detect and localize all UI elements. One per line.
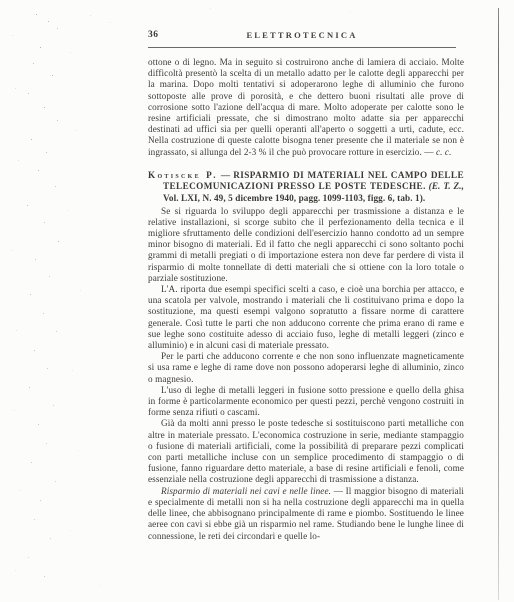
scanned-journal-page: 36 ELETTROTECNICA ottone o di legno. Ma … — [0, 0, 514, 602]
article-reference-journal: (E. T. Z., — [429, 181, 464, 191]
text-column: 36 ELETTROTECNICA ottone o di legno. Ma … — [148, 30, 464, 542]
subsection-separator: — — [334, 486, 343, 496]
reviewer-initials: c. c. — [436, 147, 452, 157]
article-reference-detail: Vol. LXI, N. 49, 5 dicembre 1940, pagg. … — [163, 193, 425, 203]
article-paragraph-2: L'A. riporta due esempi specifici scelti… — [148, 284, 464, 351]
header-rule — [148, 47, 456, 48]
subsection-lead: Risparmio di materiali nei cavi e nelle … — [161, 486, 331, 496]
journal-title: ELETTROTECNICA — [148, 30, 456, 40]
continuation-text: ottone o di legno. Ma in seguito si cost… — [148, 57, 464, 157]
continuation-paragraph: ottone o di legno. Ma in seguito si cost… — [148, 57, 464, 158]
article-author: Kotiscke P. — [148, 170, 218, 180]
author-title-separator: — — [221, 170, 230, 180]
page-edge-line — [498, 8, 499, 600]
article-paragraph-5: Già da molti anni presso le poste tedesc… — [148, 418, 464, 485]
article-paragraph-4: L'uso di leghe di metalli leggeri in fus… — [148, 385, 464, 419]
scan-noise-speckles-faint — [0, 0, 1, 1]
article-body: ottone o di legno. Ma in seguito si cost… — [148, 57, 464, 542]
article-paragraph-3: Per le parti che adducono corrente e che… — [148, 351, 464, 385]
article-heading: Kotiscke P. — RISPARMIO DI MATERIALI NEL… — [148, 170, 464, 205]
article-paragraph-1: Se si riguarda lo sviluppo degli apparec… — [148, 206, 464, 284]
subsection-paragraph: Risparmio di materiali nei cavi e nelle … — [148, 486, 464, 542]
running-header: 36 ELETTROTECNICA — [148, 30, 464, 42]
